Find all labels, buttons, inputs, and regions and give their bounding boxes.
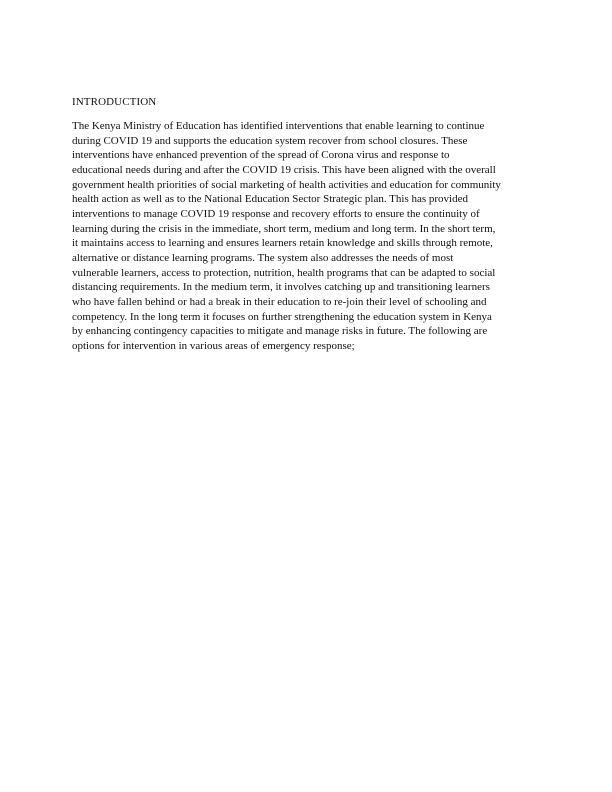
paragraph-line: who have fallen behind or had a break in… <box>72 295 552 310</box>
paragraph-line: during COVID 19 and supports the educati… <box>72 134 552 149</box>
paragraph-line: distancing requirements. In the medium t… <box>72 280 552 295</box>
section-heading: INTRODUCTION <box>72 95 156 109</box>
paragraph-line: vulnerable learners, access to protectio… <box>72 266 552 281</box>
paragraph-line: interventions to manage COVID 19 respons… <box>72 207 552 222</box>
paragraph-line: competency. In the long term it focuses … <box>72 310 552 325</box>
paragraph-line: interventions have enhanced prevention o… <box>72 148 552 163</box>
paragraph-line: government health priorities of social m… <box>72 178 552 193</box>
paragraph-line: educational needs during and after the C… <box>72 163 552 178</box>
introduction-paragraph: The Kenya Ministry of Education has iden… <box>72 119 552 354</box>
paragraph-line: it maintains access to learning and ensu… <box>72 236 552 251</box>
paragraph-line: options for intervention in various area… <box>72 339 552 354</box>
paragraph-line: The Kenya Ministry of Education has iden… <box>72 119 552 134</box>
paragraph-line: health action as well as to the National… <box>72 192 552 207</box>
paragraph-line: by enhancing contingency capacities to m… <box>72 324 552 339</box>
paragraph-line: learning during the crisis in the immedi… <box>72 222 552 237</box>
paragraph-line: alternative or distance learning program… <box>72 251 552 266</box>
document-page: INTRODUCTION The Kenya Ministry of Educa… <box>0 0 612 792</box>
